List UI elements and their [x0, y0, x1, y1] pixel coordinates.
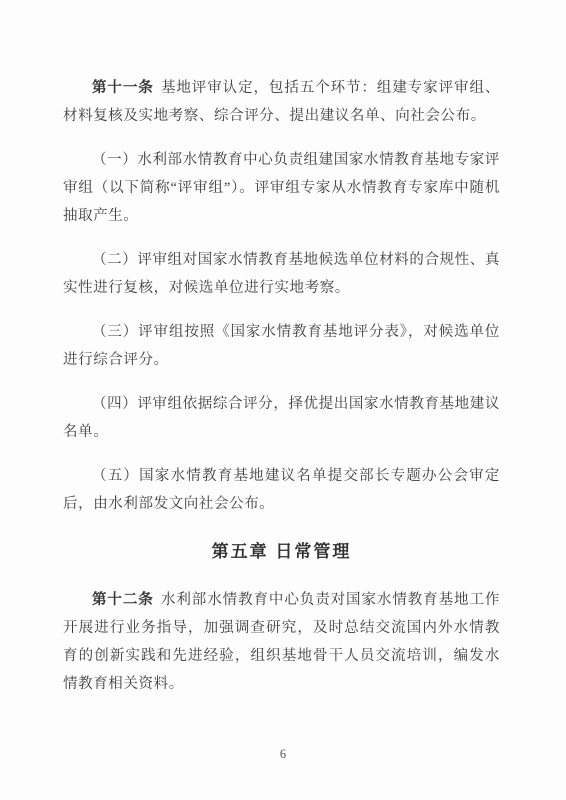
- clause-3-paragraph: （三）评审组按照《国家水情教育基地评分表》，对候选单位进行综合评分。: [63, 318, 500, 374]
- article-12-label: 第十二条: [92, 592, 154, 608]
- article-11-label: 第十一条: [92, 80, 154, 96]
- clause-5-text: （五）国家水情教育基地建议名单提交部长专题办公会审定后，由水利部发文向社会公布。: [63, 468, 500, 512]
- clause-4-paragraph: （四）评审组依据综合评分，择优提出国家水情教育基地建议名单。: [63, 390, 500, 446]
- document-page: 第十一条基地评审认定，包括五个环节：组建专家评审组、材料复核及实地考察、综合评分…: [0, 0, 566, 800]
- page-number: 6: [0, 747, 566, 762]
- clause-1-text: （一）水利部水情教育中心负责组建国家水情教育基地专家评审组（以下简称“评审组”）…: [63, 152, 500, 224]
- clause-3-text: （三）评审组按照《国家水情教育基地评分表》，对候选单位进行综合评分。: [63, 324, 500, 368]
- clause-4-text: （四）评审组依据综合评分，择优提出国家水情教育基地建议名单。: [63, 396, 500, 440]
- article-11-paragraph: 第十一条基地评审认定，包括五个环节：组建专家评审组、材料复核及实地考察、综合评分…: [63, 74, 500, 130]
- article-12-paragraph: 第十二条水利部水情教育中心负责对国家水情教育基地工作开展进行业务指导，加强调查研…: [63, 586, 500, 698]
- clause-5-paragraph: （五）国家水情教育基地建议名单提交部长专题办公会审定后，由水利部发文向社会公布。: [63, 462, 500, 518]
- chapter-heading: 第五章 日常管理: [63, 538, 500, 566]
- clause-2-text: （二）评审组对国家水情教育基地候选单位材料的合规性、真实性进行复核，对候选单位进…: [63, 252, 500, 296]
- clause-2-paragraph: （二）评审组对国家水情教育基地候选单位材料的合规性、真实性进行复核，对候选单位进…: [63, 246, 500, 302]
- clause-1-paragraph: （一）水利部水情教育中心负责组建国家水情教育基地专家评审组（以下简称“评审组”）…: [63, 146, 500, 230]
- document-body: 第十一条基地评审认定，包括五个环节：组建专家评审组、材料复核及实地考察、综合评分…: [63, 74, 500, 714]
